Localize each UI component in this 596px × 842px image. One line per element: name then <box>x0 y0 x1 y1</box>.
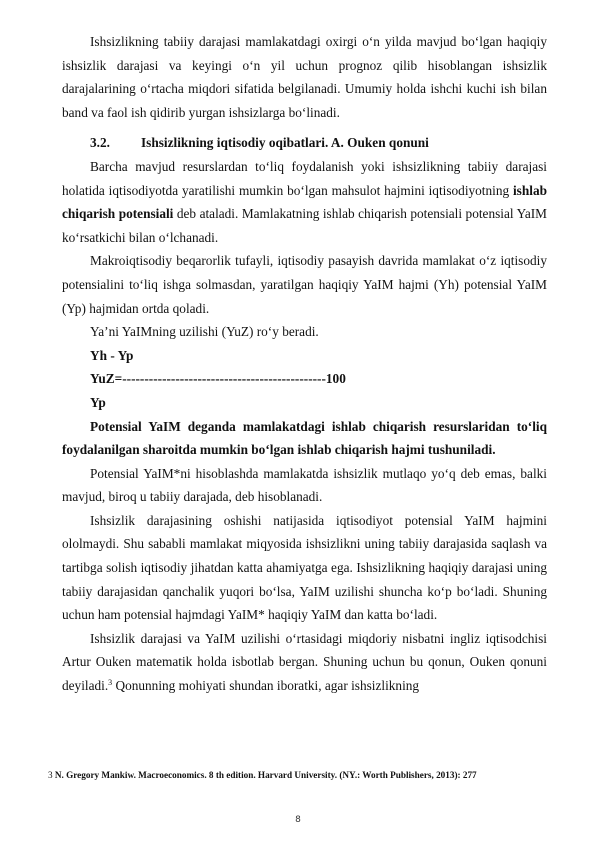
formula-numerator: Yh - Yp <box>62 344 547 368</box>
paragraph-gdp-gap: Ya’ni YaIMning uzilishi (YuZ) ro‘y berad… <box>62 320 547 344</box>
footnote: 3 N. Gregory Mankiw. Macroeconomics. 8 t… <box>48 769 568 781</box>
formula-denominator: Yp <box>62 391 547 415</box>
paragraph-text: Barcha mavjud resurslardan to‘liq foydal… <box>62 159 547 198</box>
gdp-gap-formula: Yh - Yp YuZ=----------------------------… <box>62 344 547 415</box>
document-page: Ishsizlikning tabiiy darajasi mamlakatda… <box>0 0 596 842</box>
paragraph-text: Ishsizlik darajasining oshishi natijasid… <box>62 513 547 622</box>
paragraph-potential-gdp-definition: Potensial YaIM deganda mamlakatdagi ishl… <box>62 415 547 462</box>
body-text: Ishsizlikning tabiiy darajasi mamlakatda… <box>62 30 547 698</box>
paragraph-text: Ya’ni YaIMning uzilishi (YuZ) ro‘y berad… <box>90 324 319 339</box>
paragraph-unemployment-growth: Ishsizlik darajasining oshishi natijasid… <box>62 509 547 627</box>
paragraph-text: Qonunning mohiyati shundan iboratki, aga… <box>112 678 419 693</box>
paragraph-natural-unemployment: Ishsizlikning tabiiy darajasi mamlakatda… <box>62 30 547 124</box>
section-title: Ishsizlikning iqtisodiy oqibatlari. A. O… <box>141 131 429 155</box>
paragraph-okun-law: Ishsizlik darajasi va YaIM uzilishi o‘rt… <box>62 627 547 698</box>
section-number: 3.2. <box>90 131 141 155</box>
paragraph-potential-gdp-calculation: Potensial YaIM*ni hisoblashda mamlakatda… <box>62 462 547 509</box>
paragraph-production-potential: Barcha mavjud resurslardan to‘liq foydal… <box>62 155 547 249</box>
page-number: 8 <box>0 815 596 825</box>
paragraph-text: Makroiqtisodiy beqarorlik tufayli, iqtis… <box>62 253 547 315</box>
formula-main: YuZ=------------------------------------… <box>62 367 547 391</box>
paragraph-text: Potensial YaIM deganda mamlakatdagi ishl… <box>62 419 547 458</box>
paragraph-text: Ishsizlikning tabiiy darajasi mamlakatda… <box>62 34 547 120</box>
paragraph-text: Potensial YaIM*ni hisoblashda mamlakatda… <box>62 466 547 505</box>
section-heading: 3.2. Ishsizlikning iqtisodiy oqibatlari.… <box>62 131 547 155</box>
paragraph-macro-instability: Makroiqtisodiy beqarorlik tufayli, iqtis… <box>62 249 547 320</box>
footnote-text: N. Gregory Mankiw. Macroeconomics. 8 th … <box>53 770 477 780</box>
